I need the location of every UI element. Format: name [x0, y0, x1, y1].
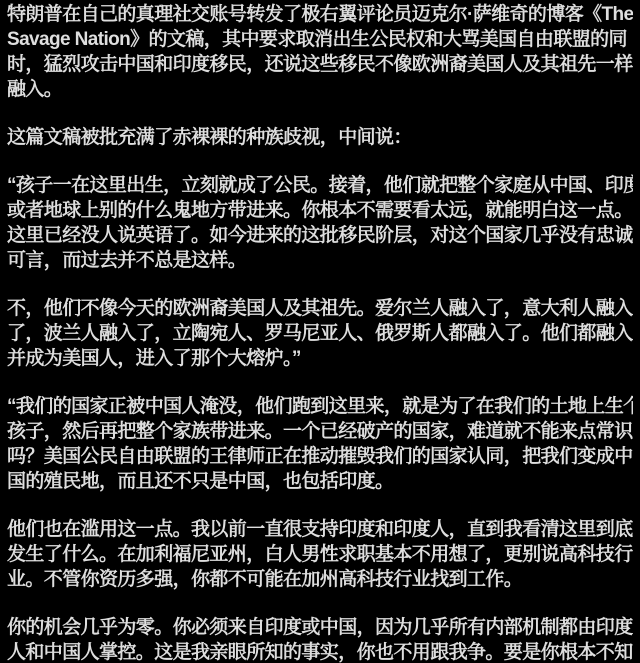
text-line: Savage Nation》的文稿，其中要求取消出生公民权和大骂美国自由联盟的同 [7, 27, 633, 52]
text-line: 这篇文稿被批充满了赤裸裸的种族歧视，中间说： [7, 125, 633, 150]
text-line: 或者地球上别的什么鬼地方带进来。你根本不需要看太远，就能明白这一点。 [7, 198, 633, 223]
text-line: 可言，而过去并不总是这样。 [7, 248, 633, 273]
text-line: 人和中国人掌控。这是我亲眼所知的事实，你也不用跟我争。要是你根本不知 [7, 640, 633, 663]
paragraph: 你的机会几乎为零。你必须来自印度或中国，因为几乎所有内部机制都由印度人和中国人掌… [7, 615, 633, 663]
text-line: 融入。 [7, 77, 633, 102]
text-line: 不，他们不像今天的欧洲裔美国人及其祖先。爱尔兰人融入了，意大利人融入 [7, 296, 633, 321]
paragraph: 不，他们不像今天的欧洲裔美国人及其祖先。爱尔兰人融入了，意大利人融入了，波兰人融… [7, 296, 633, 371]
text-line: 时，猛烈攻击中国和印度移民，还说这些移民不像欧洲裔美国人及其祖先一样 [7, 52, 633, 77]
text-line: 发生了什么。在加利福尼亚州，白人男性求职基本不用想了，更别说高科技行 [7, 542, 633, 567]
text-line: 他们也在滥用这一点。我以前一直很支持印度和印度人，直到我看清这里到底 [7, 517, 633, 542]
paragraph: 这篇文稿被批充满了赤裸裸的种族歧视，中间说： [7, 125, 633, 150]
paragraph: 他们也在滥用这一点。我以前一直很支持印度和印度人，直到我看清这里到底发生了什么。… [7, 517, 633, 592]
paragraph: “孩子一在这里出生，立刻就成了公民。接着，他们就把整个家庭从中国、印度或者地球上… [7, 173, 633, 273]
paragraph: “我们的国家正被中国人淹没，他们跑到这里来，就是为了在我们的土地上生个孩子，然后… [7, 394, 633, 494]
text-line: 你的机会几乎为零。你必须来自印度或中国，因为几乎所有内部机制都由印度 [7, 615, 633, 640]
text-line: “孩子一在这里出生，立刻就成了公民。接着，他们就把整个家庭从中国、印度 [7, 173, 633, 198]
text-line: 特朗普在自己的真理社交账号转发了极右翼评论员迈克尔·萨维奇的博客《The [7, 2, 633, 27]
text-line: 这里已经没人说英语了。如今进来的这批移民阶层，对这个国家几乎没有忠诚 [7, 223, 633, 248]
text-line: 业。不管你资历多强，你都不可能在加州高科技行业找到工作。 [7, 567, 633, 592]
text-line: 吗？美国公民自由联盟的王律师正在推动摧毁我们的国家认同，把我们变成中 [7, 444, 633, 469]
paragraph: 特朗普在自己的真理社交账号转发了极右翼评论员迈克尔·萨维奇的博客《TheSava… [7, 2, 633, 102]
text-line: 并成为美国人，进入了那个大熔炉。” [7, 346, 633, 371]
text-line: 了，波兰人融入了，立陶宛人、罗马尼亚人、俄罗斯人都融入了。他们都融入 [7, 321, 633, 346]
text-line: 孩子，然后再把整个家族带进来。一个已经破产的国家，难道就不能来点常识 [7, 419, 633, 444]
text-line: “我们的国家正被中国人淹没，他们跑到这里来，就是为了在我们的土地上生个 [7, 394, 633, 419]
text-line: 国的殖民地，而且还不只是中国，也包括印度。 [7, 469, 633, 494]
article-body: 特朗普在自己的真理社交账号转发了极右翼评论员迈克尔·萨维奇的博客《TheSava… [0, 0, 640, 663]
